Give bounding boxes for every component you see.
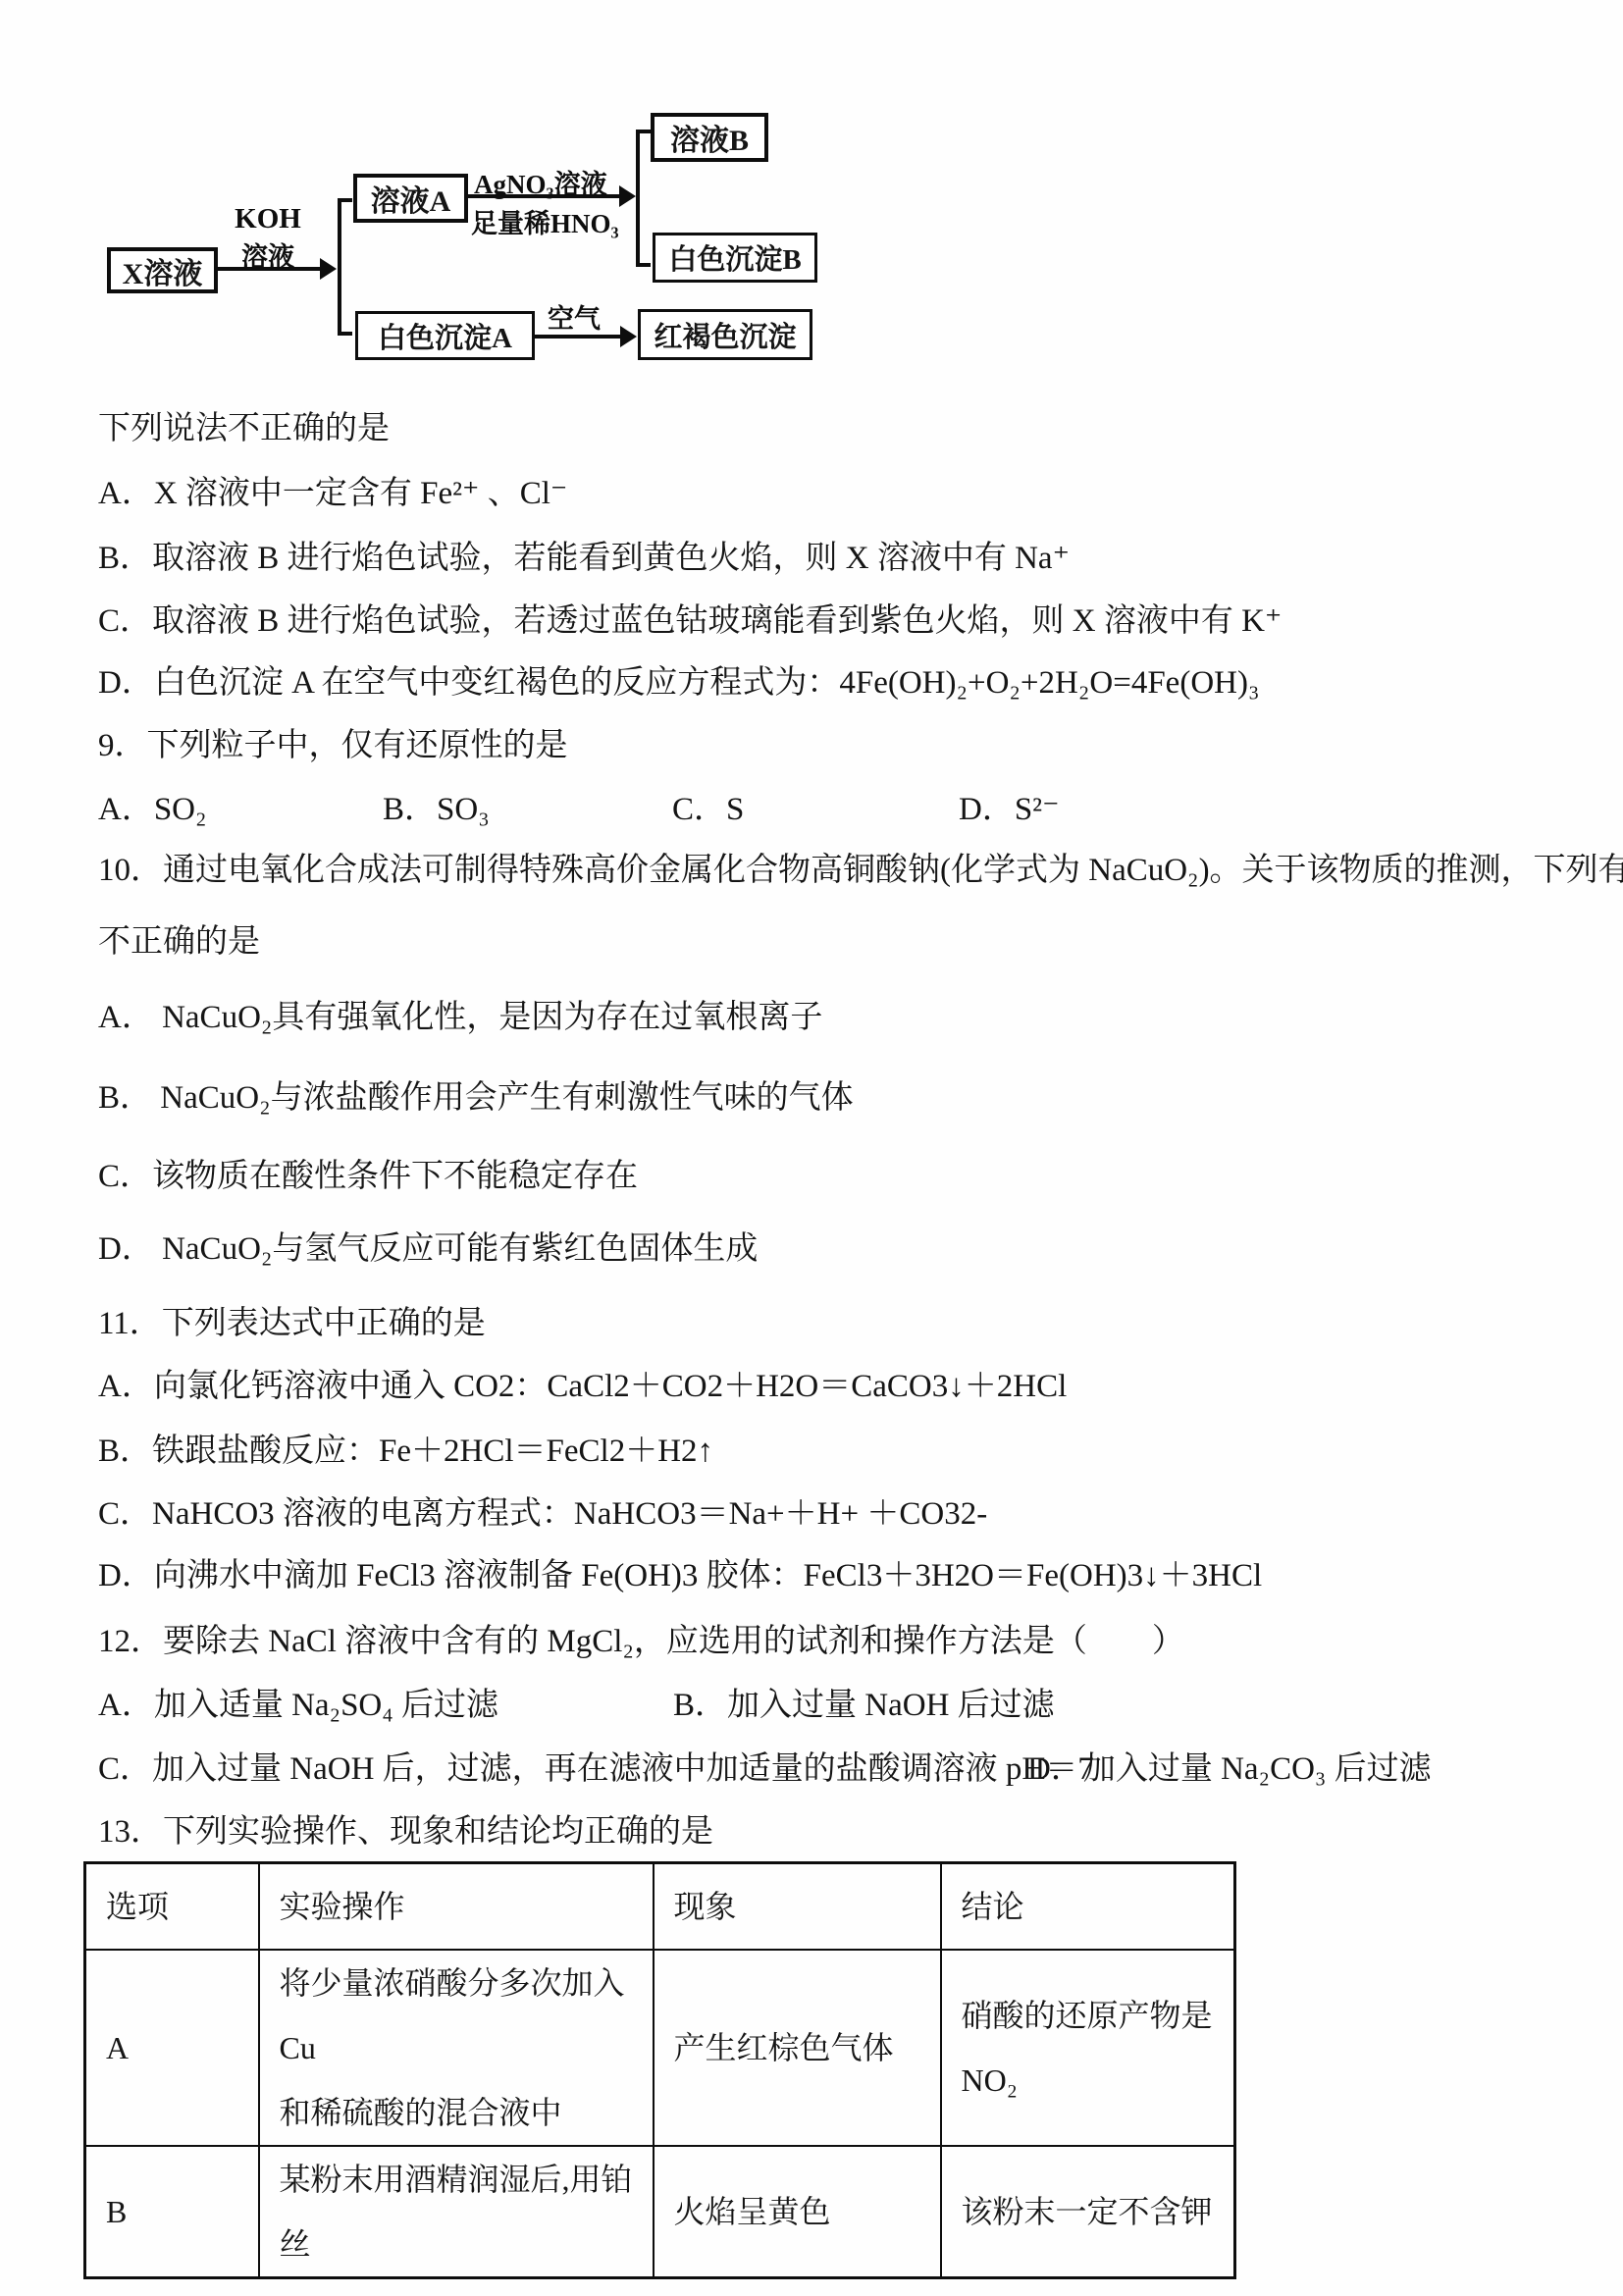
flowchart-label-koh: KOH [223, 203, 313, 235]
question-9-option-c: C．S [672, 791, 744, 830]
question-10-option-b: B． NaCuO₂与浓盐酸作用会产生有刺激性气味的气体 [98, 1079, 854, 1119]
arrowhead-white-a [620, 326, 637, 347]
table-cell-phenomenon: 火焰呈黄色 [654, 2146, 941, 2278]
flowchart-label-air: 空气 [548, 297, 601, 336]
flowchart-box-white-precipitate-a: 白色沉淀A [355, 311, 535, 360]
table-cell-phenomenon: 产生红棕色气体 [654, 1950, 941, 2146]
experiment-table: 选项 实验操作 现象 结论 A 将少量浓硝酸分多次加入 Cu 和稀硫酸的混合液中… [83, 1861, 1236, 2279]
split-bracket-right-bottom-stub [636, 263, 651, 267]
question-10-stem-line2: 不正确的是 [98, 923, 260, 963]
table-header-operation: 实验操作 [259, 1863, 654, 1951]
question-11-option-c: C．NaHCO3 溶液的电离方程式：NaHCO3＝Na+＋H+ ＋CO32- [98, 1495, 987, 1535]
question-10-option-c: C．该物质在酸性条件下不能稳定存在 [98, 1158, 638, 1197]
table-cell-operation: 某粉末用酒精润湿后,用铂丝 [259, 2146, 654, 2278]
question-8-option-c: C．取溶液 B 进行焰色试验，若透过蓝色钴玻璃能看到紫色火焰，则 X 溶液中有 … [98, 602, 1282, 642]
flowchart-box-x-solution: X溶液 [107, 247, 218, 293]
split-bracket-left-bottom-stub [338, 332, 352, 336]
table-cell-conclusion: 该粉末一定不含钾 [941, 2146, 1235, 2278]
table-header-row: 选项 实验操作 现象 结论 [85, 1863, 1235, 1951]
table-cell-option: B [85, 2146, 259, 2278]
question-8-stem: 下列说法不正确的是 [98, 410, 390, 449]
question-11-option-a: A．向氯化钙溶液中通入 CO2：CaCl2＋CO2＋H2O＝CaCO3↓＋2HC… [98, 1368, 1067, 1407]
question-8-option-a: A．X 溶液中一定含有 Fe²⁺ 、Cl⁻ [98, 475, 567, 514]
split-bracket-left [338, 198, 341, 336]
question-8-option-d: D．白色沉淀 A 在空气中变红褐色的反应方程式为：4Fe(OH)₂+O₂+2H₂… [98, 664, 1259, 704]
split-bracket-right-top-stub [636, 130, 651, 133]
question-9-option-d: D．S²⁻ [959, 791, 1060, 830]
flowchart-box-solution-b: 溶液B [651, 113, 768, 162]
question-9-option-b: B．SO₃ [383, 791, 490, 830]
table-header-conclusion: 结论 [941, 1863, 1235, 1951]
question-12-option-c: C．加入过量 NaOH 后，过滤，再在滤液中加适量的盐酸调溶液 pH＝7 [98, 1750, 1094, 1790]
question-10-stem-line1: 10．通过电氧化合成法可制得特殊高价金属化合物高铜酸钠(化学式为 NaCuO₂)… [98, 852, 1623, 891]
exam-page: X溶液 KOH 溶液 溶液A AgNO₃溶液 足量稀HNO₃ 溶液B 白色沉淀B… [0, 0, 1623, 2296]
question-10-option-a: A． NaCuO₂具有强氧化性，是因为存在过氧根离子 [98, 999, 822, 1038]
flowchart-label-hno3: 足量稀HNO₃ [471, 202, 619, 240]
question-12-option-d: D．加入过量 Na₂CO₃ 后过滤 [1027, 1750, 1432, 1790]
arrow-line-white-a [535, 335, 622, 339]
table-cell-conclusion: 硝酸的还原产物是 NO₂ [941, 1950, 1235, 2146]
flowchart-box-solution-a: 溶液A [353, 174, 468, 223]
question-11-option-d: D．向沸水中滴加 FeCl3 溶液制备 Fe(OH)3 胶体：FeCl3＋3H2… [98, 1557, 1262, 1596]
arrow-line-x-to-split [218, 267, 322, 271]
question-8-option-b: B．取溶液 B 进行焰色试验，若能看到黄色火焰，则 X 溶液中有 Na⁺ [98, 540, 1070, 579]
table-header-option: 选项 [85, 1863, 259, 1951]
question-10-option-d: D． NaCuO₂与氢气反应可能有紫红色固体生成 [98, 1230, 758, 1270]
question-13-stem: 13．下列实验操作、现象和结论均正确的是 [98, 1813, 713, 1852]
table-cell-operation: 将少量浓硝酸分多次加入 Cu 和稀硫酸的混合液中 [259, 1950, 654, 2146]
question-12-stem: 12．要除去 NaCl 溶液中含有的 MgCl₂，应选用的试剂和操作方法是（ ） [98, 1623, 1184, 1662]
flowchart-box-white-precipitate-b: 白色沉淀B [653, 233, 817, 283]
arrowhead-x-to-split [320, 258, 337, 280]
question-12-option-b: B．加入过量 NaOH 后过滤 [673, 1687, 1055, 1726]
question-9-stem: 9．下列粒子中，仅有还原性的是 [98, 727, 568, 766]
arrow-line-solution-a [468, 194, 621, 198]
question-9-option-a: A．SO₂ [98, 791, 207, 830]
split-bracket-right [636, 130, 640, 267]
table-cell-option: A [85, 1950, 259, 2146]
question-11-stem: 11．下列表达式中正确的是 [98, 1305, 486, 1344]
arrowhead-solution-a [619, 185, 636, 207]
split-bracket-left-top-stub [338, 198, 352, 202]
question-12-option-a: A．加入适量 Na₂SO₄ 后过滤 [98, 1687, 498, 1726]
flowchart-box-red-brown-precipitate: 红褐色沉淀 [638, 309, 812, 360]
table-header-phenomenon: 现象 [654, 1863, 941, 1951]
table-row: A 将少量浓硝酸分多次加入 Cu 和稀硫酸的混合液中 产生红棕色气体 硝酸的还原… [85, 1950, 1235, 2146]
question-11-option-b: B．铁跟盐酸反应：Fe＋2HCl＝FeCl2＋H2↑ [98, 1433, 713, 1472]
table-row: B 某粉末用酒精润湿后,用铂丝 火焰呈黄色 该粉末一定不含钾 [85, 2146, 1235, 2278]
